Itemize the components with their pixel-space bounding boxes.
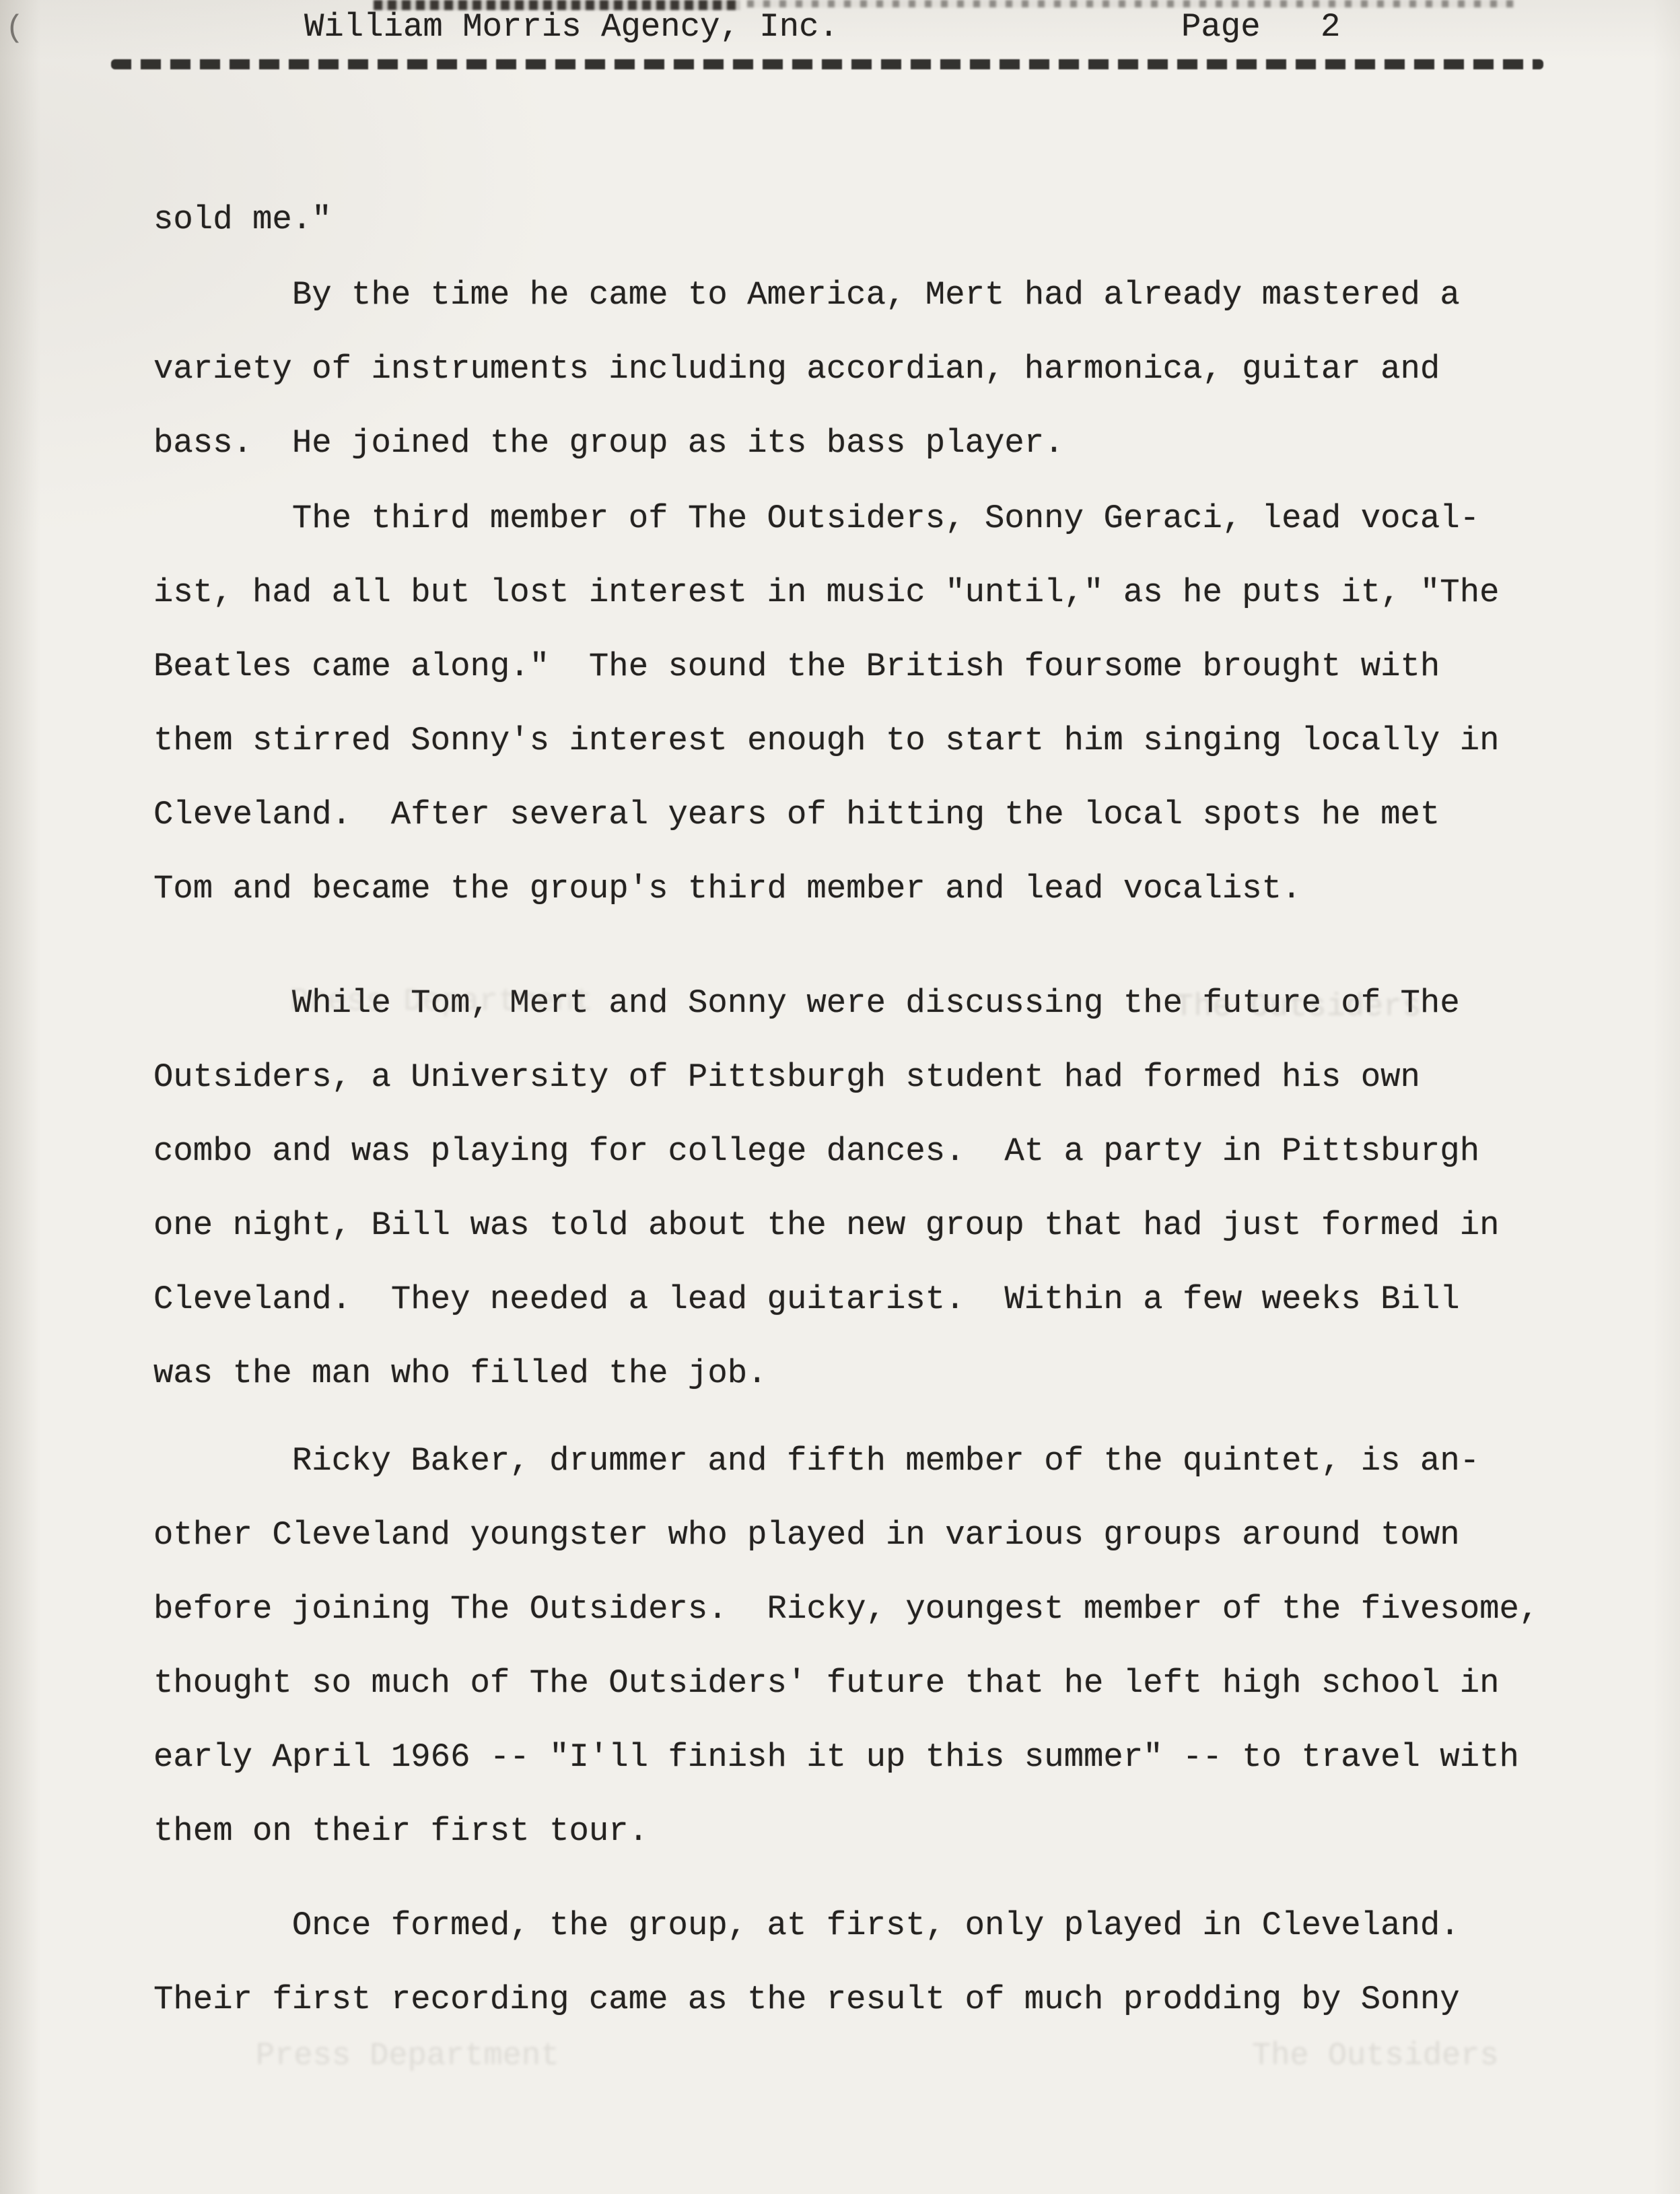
paragraph-first-recording: Once formed, the group, at first, only p… [153,1888,1607,2036]
paragraph-continuation: sold me." [153,182,1607,256]
ghost-text-the-outsiders: The Outsiders [1175,990,1422,1025]
scan-artifact-top-faint [747,0,1514,7]
ghost-text-press-department: Press Department [289,984,593,1020]
paragraph-mert: By the time he came to America, Mert had… [153,258,1607,480]
stray-mark: ( [5,11,24,46]
ghost-text-press-department-bottom: Press Department [256,2038,559,2074]
header-divider-dashed [111,59,1543,69]
header-company: William Morris Agency, Inc. [304,7,839,47]
header-page-label: Page [1181,7,1261,47]
header-page-number: 2 [1321,7,1340,47]
paragraph-ricky-baker: Ricky Baker, drummer and fifth member of… [153,1424,1607,1868]
paragraph-bill: While Tom, Mert and Sonny were discussin… [153,966,1607,1410]
document-page: ( William Morris Agency, Inc. Page 2 sol… [0,0,1680,2194]
paragraph-sonny-geraci: The third member of The Outsiders, Sonny… [153,481,1607,926]
ghost-text-the-outsiders-bottom: The Outsiders [1252,2038,1499,2074]
